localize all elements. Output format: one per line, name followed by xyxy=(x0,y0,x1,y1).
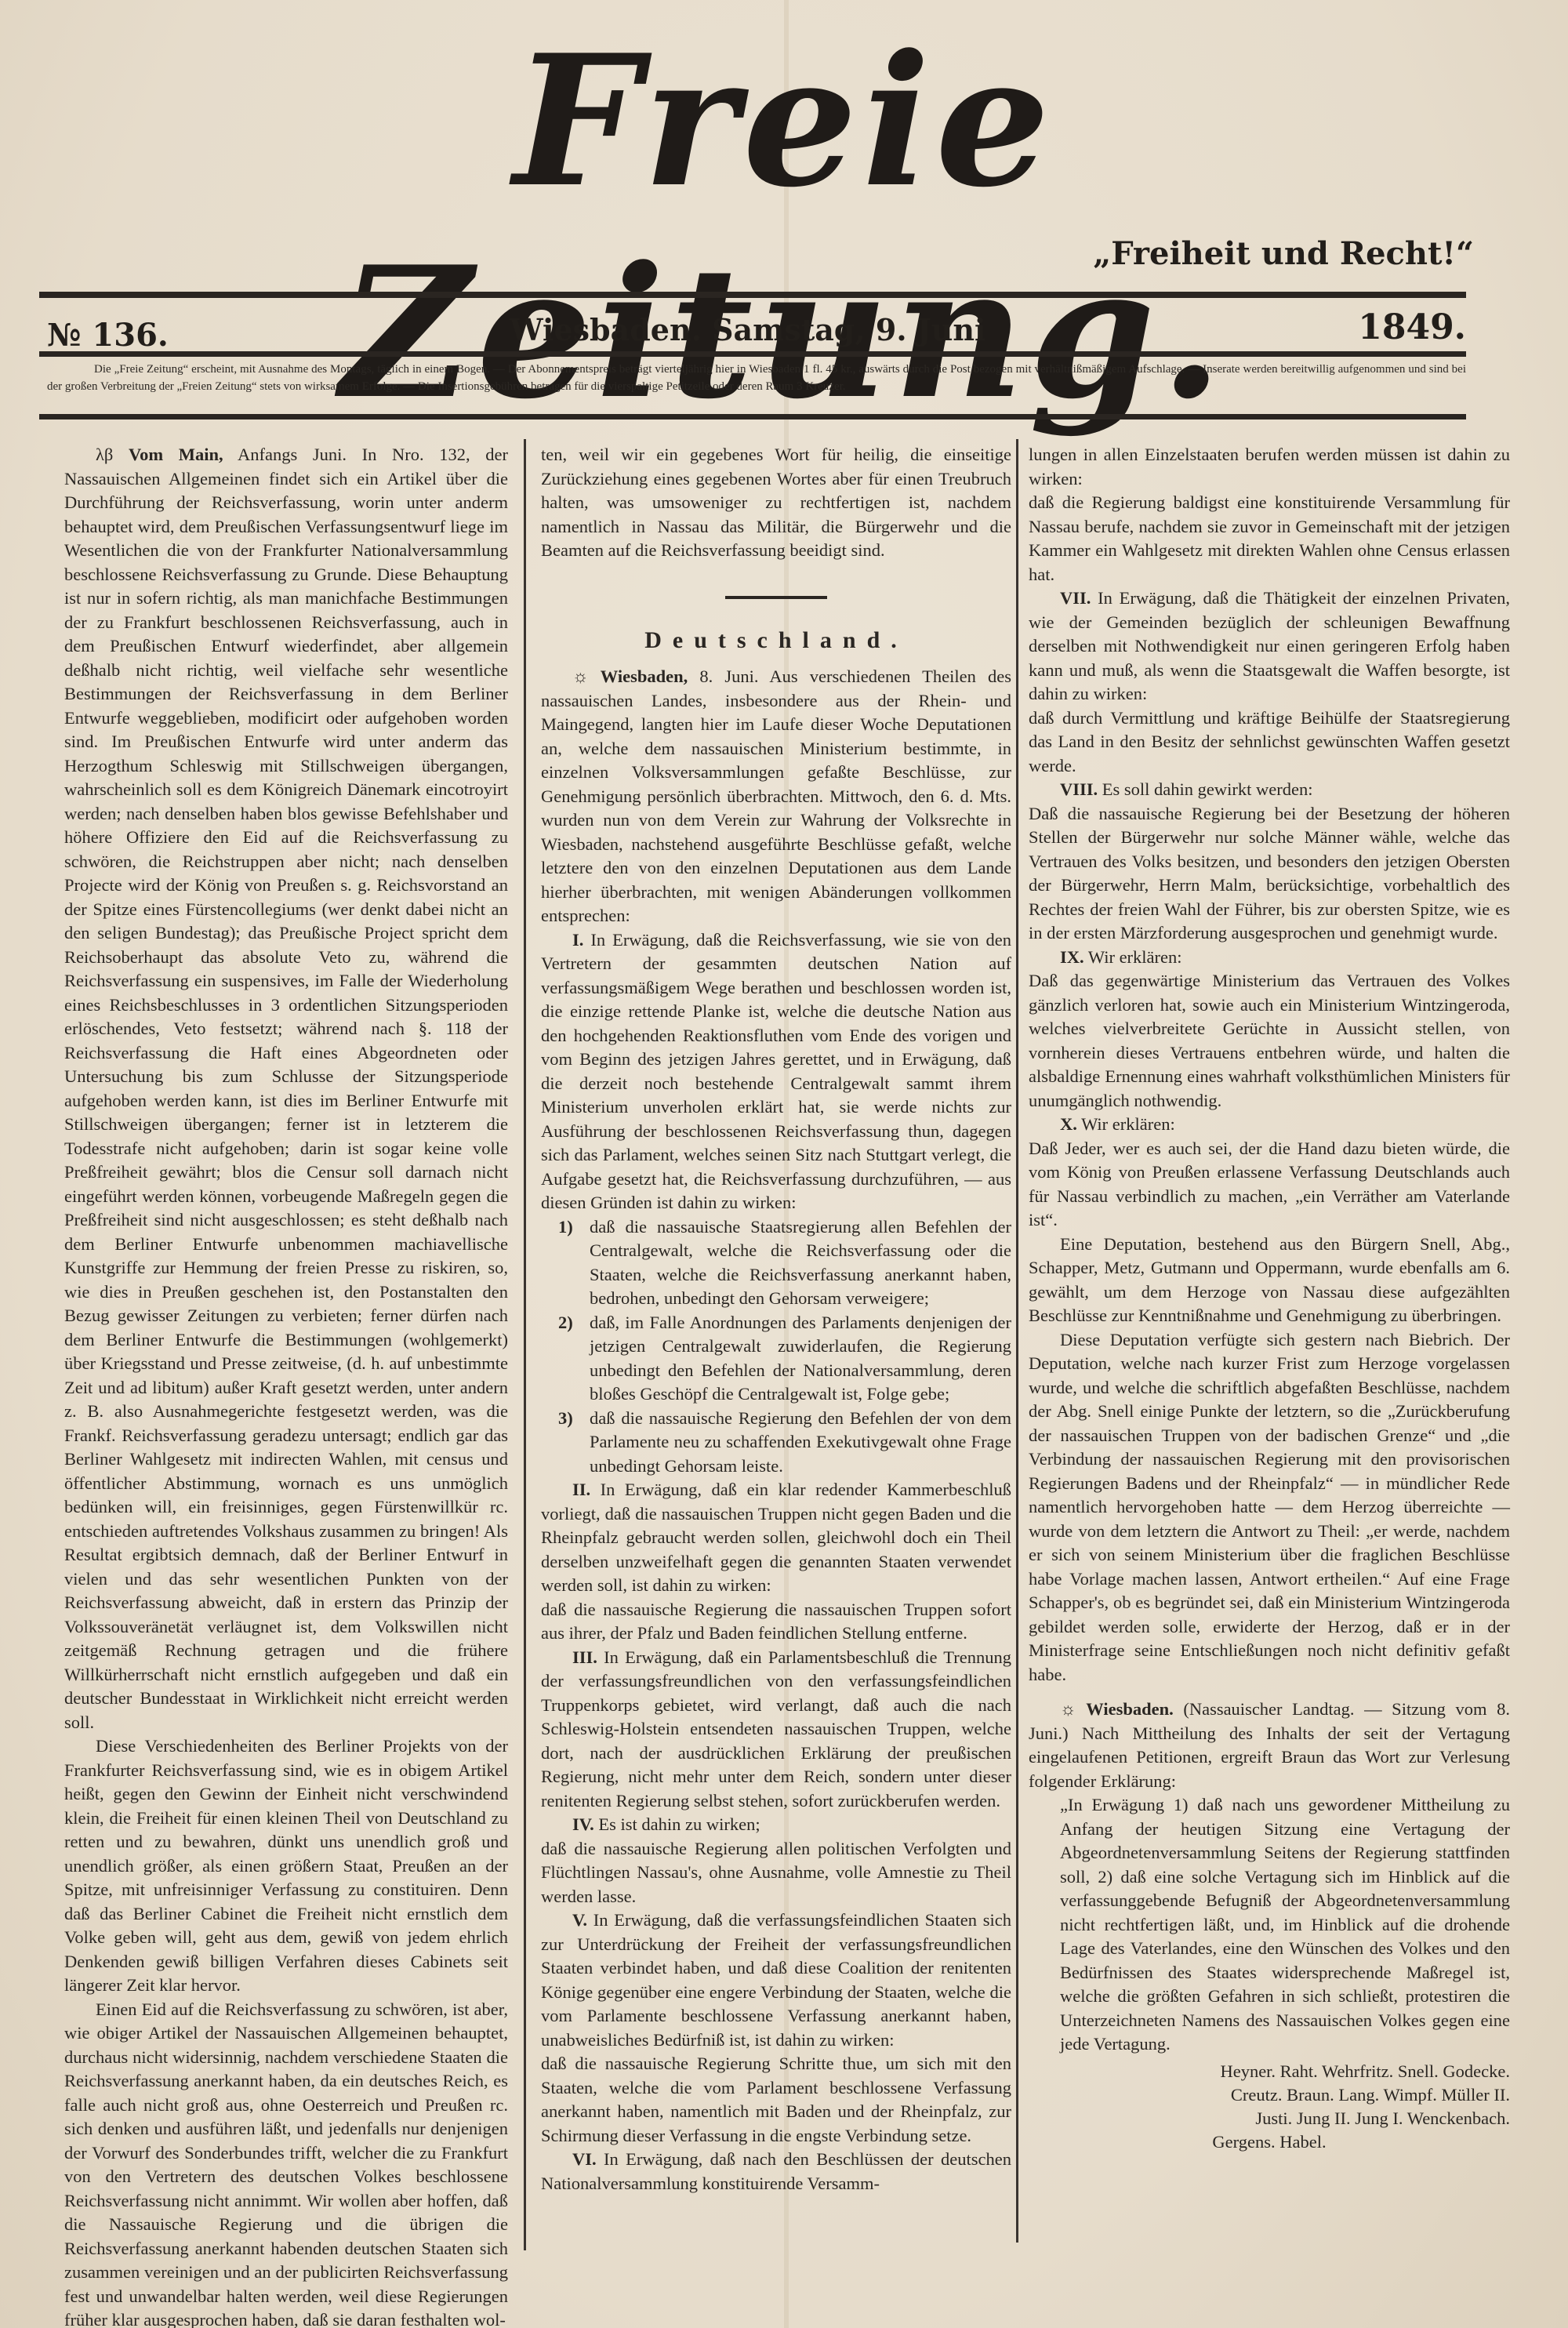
resolution-text: In Erwägung, daß die Thätigkeit der einz… xyxy=(1029,588,1510,703)
resolution-number: IX. xyxy=(1060,947,1084,967)
item-number: 1) xyxy=(558,1215,573,1240)
dateline-rule xyxy=(39,351,1466,357)
resolution-number: VII. xyxy=(1060,588,1091,608)
resolution-demand: Daß Jeder, wer es auch sei, der die Hand… xyxy=(1029,1137,1510,1233)
article-landtag: ☼ Wiesbaden. (Nassauischer Landtag. — Si… xyxy=(1029,1698,1510,1793)
article-body: Aus verschiedenen Theilen des nassauisch… xyxy=(541,666,1011,925)
demand-item: 3)daß die nassauische Regierung den Befe… xyxy=(541,1407,1011,1479)
signature-line: Justi. Jung II. Jung I. Wenckenbach. xyxy=(1029,2107,1510,2130)
article-vom-main: λβ Vom Main, Anfangs Juni. In Nro. 132, … xyxy=(64,443,508,1734)
resolution-5: V. In Erwägung, daß die verfassungsfeind… xyxy=(541,1909,1011,2052)
item-text: daß, im Falle Anordnungen des Parlaments… xyxy=(590,1313,1011,1404)
correspondent-mark: ☼ xyxy=(1060,1699,1076,1719)
column-divider-2 xyxy=(1016,439,1018,2243)
resolution-text: Wir erklären: xyxy=(1077,1114,1175,1134)
article-paragraph: Diese Verschiedenheiten des Berliner Pro… xyxy=(64,1734,508,1998)
section-separator xyxy=(725,596,827,599)
demand-item: 1)daß die nassauische Staatsregierung al… xyxy=(541,1215,1011,1311)
resolution-6: VI. In Erwägung, daß nach den Beschlüsse… xyxy=(541,2148,1011,2195)
item-text: daß die nassauische Regierung den Befehl… xyxy=(590,1408,1011,1476)
column-2: ten, weil wir ein gegebenes Wort für hei… xyxy=(541,443,1011,2195)
article-paragraph: Eine Deputation, bestehend aus den Bürge… xyxy=(1029,1233,1510,1328)
resolution-number: VIII. xyxy=(1060,779,1098,799)
resolution-1: I. In Erwägung, daß die Reichsverfassung… xyxy=(541,928,1011,1215)
declaration-text: „In Erwägung 1) daß nach uns gewordener … xyxy=(1060,1793,1510,2057)
article-dateline-place: Vom Main, xyxy=(129,445,223,464)
item-number: 2) xyxy=(558,1311,573,1335)
signature-block: Heyner. Raht. Wehrfritz. Snell. Godecke.… xyxy=(1029,2060,1510,2154)
item-number: 3) xyxy=(558,1407,573,1431)
notice-rule xyxy=(39,414,1466,419)
resolution-2: II. In Erwägung, daß ein klar redender K… xyxy=(541,1478,1011,1598)
signature-line: Gergens. Habel. xyxy=(1029,2130,1510,2154)
place-and-date: Wiesbaden. Samstag, 9. Juni xyxy=(510,312,985,347)
correspondent-mark: ☼ xyxy=(572,666,589,686)
resolution-text: In Erwägung, daß die Reichsverfassung, w… xyxy=(541,930,1011,1213)
resolution-number: V. xyxy=(572,1910,587,1930)
resolution-number: IV. xyxy=(572,1814,594,1834)
resolution-number: I. xyxy=(572,930,583,950)
resolution-8: VIII. Es soll dahin gewirkt werden: xyxy=(1029,778,1510,802)
demand-item: 2)daß, im Falle Anordnungen des Parlamen… xyxy=(541,1311,1011,1407)
resolution-demand: daß die nassauische Regierung die nassau… xyxy=(541,1598,1011,1646)
column-divider-1 xyxy=(524,439,526,2250)
resolution-demand: Daß die nassauische Regierung bei der Be… xyxy=(1029,802,1510,946)
newspaper-page: Freie Zeitung. „Freiheit und Recht!“ № 1… xyxy=(0,0,1568,2328)
issue-number: № 136. xyxy=(47,317,169,354)
issue-year: 1849. xyxy=(1358,307,1466,347)
resolution-text: Wir erklären: xyxy=(1084,947,1182,967)
masthead-motto: „Freiheit und Recht!“ xyxy=(1051,235,1474,272)
resolution-text: In Erwägung, daß die verfassungsfeindlic… xyxy=(541,1910,1011,2050)
resolution-text: In Erwägung, daß ein Parlamentsbeschluß … xyxy=(541,1647,1011,1810)
article-wiesbaden-intro: ☼ Wiesbaden, 8. Juni. Aus verschiedenen … xyxy=(541,665,1011,928)
resolution-text: In Erwägung, daß ein klar redender Kamme… xyxy=(541,1480,1011,1595)
resolution-3: III. In Erwägung, daß ein Parlamentsbesc… xyxy=(541,1646,1011,1814)
resolution-text: Es soll dahin gewirkt werden: xyxy=(1098,779,1312,799)
resolution-demand: daß die Regierung baldigst eine konstitu… xyxy=(1029,491,1510,587)
column-1: λβ Vom Main, Anfangs Juni. In Nro. 132, … xyxy=(64,443,508,2328)
masthead-rule-top xyxy=(39,292,1466,298)
correspondent-mark: λβ xyxy=(96,445,113,464)
article-dateline-place: Wiesbaden, xyxy=(601,666,688,686)
subscription-notice: Die „Freie Zeitung“ erscheint, mit Ausna… xyxy=(47,361,1466,395)
resolution-demand: daß die nassauische Regierung Schritte t… xyxy=(541,2052,1011,2148)
resolution-4: IV. Es ist dahin zu wirken; xyxy=(541,1813,1011,1837)
section-heading-deutschland: Deutschland. xyxy=(541,629,1011,653)
article-paragraph: Diese Deputation verfügte sich gestern n… xyxy=(1029,1328,1510,1687)
article-continuation: ten, weil wir ein gegebenes Wort für hei… xyxy=(541,443,1011,563)
item-text: daß die nassauische Staatsregierung alle… xyxy=(590,1217,1011,1309)
resolution-number: II. xyxy=(572,1480,590,1499)
resolution-demand: Daß das gegenwärtige Ministerium das Ver… xyxy=(1029,969,1510,1113)
resolution-7: VII. In Erwägung, daß die Thätigkeit der… xyxy=(1029,587,1510,706)
article-body: Anfangs Juni. In Nro. 132, der Nassauisc… xyxy=(64,445,508,1732)
masthead-title: Freie Zeitung. xyxy=(188,16,1380,227)
resolution-text: Es ist dahin zu wirken; xyxy=(594,1814,760,1834)
dateline-bar: № 136. Wiesbaden. Samstag, 9. Juni 1849. xyxy=(47,312,1466,351)
signature-line: Creutz. Braun. Lang. Wimpf. Müller II. xyxy=(1029,2083,1510,2107)
column-3: lungen in allen Einzelstaaten berufen we… xyxy=(1029,443,1510,2154)
article-dateline-place: Wiesbaden. xyxy=(1086,1699,1174,1719)
resolution-number: X. xyxy=(1060,1114,1077,1134)
resolution-number: III. xyxy=(572,1647,597,1667)
resolution-9: IX. Wir erklären: xyxy=(1029,946,1510,970)
resolution-text: In Erwägung, daß nach den Beschlüssen de… xyxy=(541,2149,1011,2193)
article-paragraph: Einen Eid auf die Reichsverfassung zu sc… xyxy=(64,1998,508,2328)
resolution-10: X. Wir erklären: xyxy=(1029,1113,1510,1137)
resolution-number: VI. xyxy=(572,2149,597,2169)
resolution-demand: daß durch Vermittlung und kräftige Beihü… xyxy=(1029,706,1510,779)
signature-line: Heyner. Raht. Wehrfritz. Snell. Godecke. xyxy=(1029,2060,1510,2083)
article-continuation: lungen in allen Einzelstaaten berufen we… xyxy=(1029,443,1510,491)
resolution-demand: daß die nassauische Regierung allen poli… xyxy=(541,1837,1011,1909)
article-dateline-date: 8. Juni. xyxy=(688,666,758,686)
